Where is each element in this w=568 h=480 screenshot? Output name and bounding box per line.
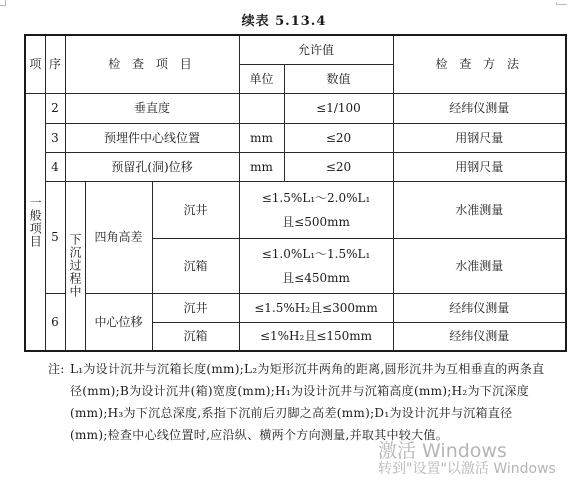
table-note: 注: L₁为设计沉井与沉箱长度(mm);L₂为矩形沉井两角的距离,圆形沉井为互相… bbox=[48, 358, 548, 446]
note-text: L₁为设计沉井与沉箱长度(mm);L₂为矩形沉井两角的距离,圆形沉井为互相垂直的… bbox=[70, 358, 548, 446]
header-method: 检 查 方 法 bbox=[393, 35, 566, 93]
table-row: 5 下沉过程中 四角高差 沉井 ≤1.5%L₁～2.0%L₁ 且≤500mm 水… bbox=[25, 181, 566, 238]
activation-watermark-hint: 转到"设置"以激活 Windows bbox=[378, 458, 556, 478]
value-cell: ≤1.5%H₂且≤300mm bbox=[239, 293, 393, 322]
type-cell: 沉箱 bbox=[152, 238, 239, 293]
header-unit: 单位 bbox=[239, 64, 284, 93]
value-cell: ≤1.5%L₁～2.0%L₁ 且≤500mm bbox=[239, 181, 393, 238]
method-cell: 经纬仪测量 bbox=[393, 322, 566, 351]
header-category: 项 bbox=[25, 35, 45, 93]
method-cell: 经纬仪测量 bbox=[393, 293, 566, 322]
value-line: 且≤450mm bbox=[240, 266, 393, 290]
item-cell: 四角高差 bbox=[85, 181, 152, 293]
header-value: 数值 bbox=[284, 64, 393, 93]
table-row: 6 中心位移 沉井 ≤1.5%H₂且≤300mm 经纬仪测量 bbox=[25, 293, 566, 322]
sinking-group-label: 下沉过程中 bbox=[67, 233, 83, 298]
value-cell: ≤20 bbox=[284, 152, 393, 181]
table-title: 续表 5.13.4 bbox=[0, 10, 568, 29]
unit-cell bbox=[239, 93, 284, 123]
seq-cell: 2 bbox=[45, 93, 65, 123]
header-seq: 序 bbox=[45, 35, 65, 93]
inspection-table: 项 序 检 查 项 目 允许值 检 查 方 法 单位 数值 一般项目 2 垂直度… bbox=[24, 34, 567, 352]
method-cell: 用钢尺量 bbox=[393, 152, 566, 181]
value-cell: ≤1%H₂且≤150mm bbox=[239, 322, 393, 351]
seq-cell: 5 bbox=[45, 181, 65, 293]
table-row: 一般项目 2 垂直度 ≤1/100 经纬仪测量 bbox=[25, 93, 566, 123]
seq-cell: 3 bbox=[45, 123, 65, 152]
seq-cell: 4 bbox=[45, 152, 65, 181]
crop-mark bbox=[0, 0, 6, 6]
method-cell: 经纬仪测量 bbox=[393, 93, 566, 123]
seq-cell: 6 bbox=[45, 293, 65, 351]
type-cell: 沉井 bbox=[152, 181, 239, 238]
method-cell: 水准测量 bbox=[393, 181, 566, 238]
method-cell: 水准测量 bbox=[393, 238, 566, 293]
value-line: ≤1.0%L₁～1.5%L₁ bbox=[240, 242, 393, 266]
value-line: 且≤500mm bbox=[240, 210, 393, 234]
header-allowed: 允许值 bbox=[239, 35, 393, 64]
sinking-group-cell: 下沉过程中 bbox=[65, 181, 85, 351]
type-cell: 沉箱 bbox=[152, 322, 239, 351]
method-cell: 用钢尺量 bbox=[393, 123, 566, 152]
crop-mark bbox=[556, 2, 567, 5]
value-cell: ≤20 bbox=[284, 123, 393, 152]
unit-cell: mm bbox=[239, 152, 284, 181]
category-cell: 一般项目 bbox=[25, 93, 45, 351]
table-row: 3 预埋件中心线位置 mm ≤20 用钢尺量 bbox=[25, 123, 566, 152]
value-cell: ≤1/100 bbox=[284, 93, 393, 123]
table-row: 4 预留孔(洞)位移 mm ≤20 用钢尺量 bbox=[25, 152, 566, 181]
value-line: ≤1.5%L₁～2.0%L₁ bbox=[240, 186, 393, 210]
unit-cell: mm bbox=[239, 123, 284, 152]
item-cell: 预埋件中心线位置 bbox=[65, 123, 239, 152]
category-label: 一般项目 bbox=[27, 196, 43, 248]
value-cell: ≤1.0%L₁～1.5%L₁ 且≤450mm bbox=[239, 238, 393, 293]
note-lead: 注: bbox=[48, 358, 65, 380]
item-cell: 预留孔(洞)位移 bbox=[65, 152, 239, 181]
item-cell: 垂直度 bbox=[65, 93, 239, 123]
type-cell: 沉井 bbox=[152, 293, 239, 322]
header-check-item: 检 查 项 目 bbox=[65, 35, 239, 93]
item-cell: 中心位移 bbox=[85, 293, 152, 351]
